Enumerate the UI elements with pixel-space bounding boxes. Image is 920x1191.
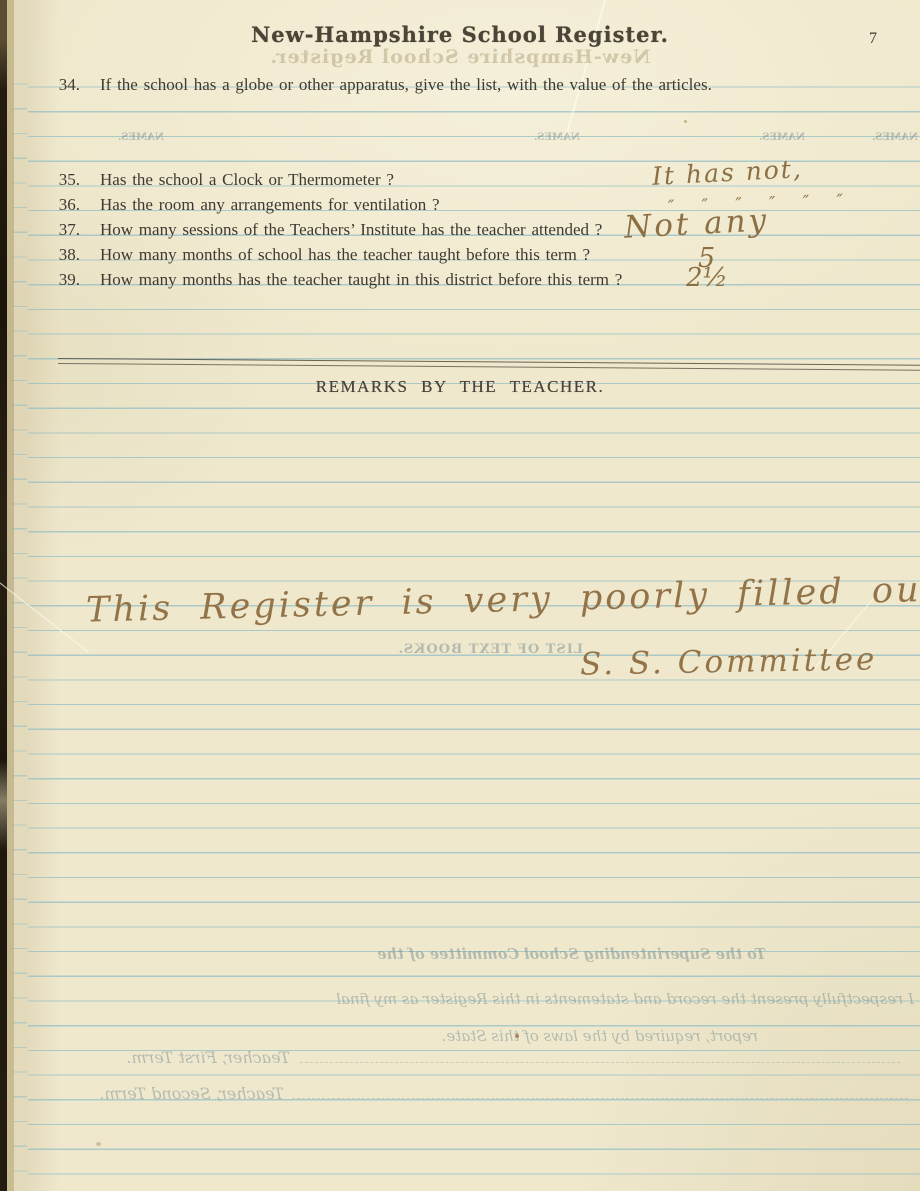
answer-q37: Not any — [623, 202, 770, 246]
question-text: If the school has a globe or other appar… — [100, 75, 712, 95]
page-number: 7 — [858, 30, 888, 48]
bleed-signature-line — [292, 1098, 908, 1099]
bleed-signature-line — [300, 1062, 900, 1063]
bleed-list-of-text-books: LIST OF TEXT BOOKS. — [348, 642, 583, 657]
bleed-report-line: I respectfully present the record and st… — [62, 990, 914, 1008]
question-number: 34. — [46, 75, 80, 95]
page-title: New-Hampshire School Register. — [0, 22, 920, 47]
question-text: Has the school a Clock or Thermometer ? — [100, 170, 394, 190]
register-page: New-Hampshire School Register. NAMES. NA… — [0, 0, 920, 1191]
bleed-teacher-first-term: Teacher, First Term. — [60, 1048, 290, 1067]
question-number: 39. — [46, 270, 80, 290]
bleed-state-line: report, required by the laws of this Sta… — [296, 1027, 758, 1045]
question-number: 38. — [46, 245, 80, 265]
bleed-teacher-second-term: Teacher, Second Term. — [50, 1084, 284, 1103]
question-number: 37. — [46, 220, 80, 240]
stain-spot — [96, 1142, 101, 1146]
binding-edge-highlight — [7, 0, 14, 1191]
binding-edge — [0, 0, 7, 1191]
question-text: Has the room any arrangements for ventil… — [100, 195, 440, 215]
question-text: How many months has the teacher taught i… — [100, 270, 622, 290]
remarks-heading: REMARKS BY THE TEACHER. — [0, 377, 920, 397]
bleed-names-label: NAMES. — [858, 132, 918, 143]
left-margin-ticks — [12, 60, 27, 1187]
bleed-header-mirror: New-Hampshire School Register. — [0, 46, 920, 68]
stain-spot — [684, 120, 687, 123]
question-text: How many months of school has the teache… — [100, 245, 590, 265]
remark-signature: S. S. Committee — [580, 641, 878, 682]
bleed-names-label: NAMES. — [520, 132, 580, 143]
answer-q39: 2½ — [686, 263, 728, 293]
question-text: How many sessions of the Teachers’ Insti… — [100, 220, 602, 240]
bleed-names-label: NAMES. — [745, 132, 805, 143]
question-number: 35. — [46, 170, 80, 190]
question-number: 36. — [46, 195, 80, 215]
bleed-committee-line: To the Superintending School Committee o… — [330, 946, 766, 963]
bleed-names-label: NAMES. — [104, 132, 164, 143]
